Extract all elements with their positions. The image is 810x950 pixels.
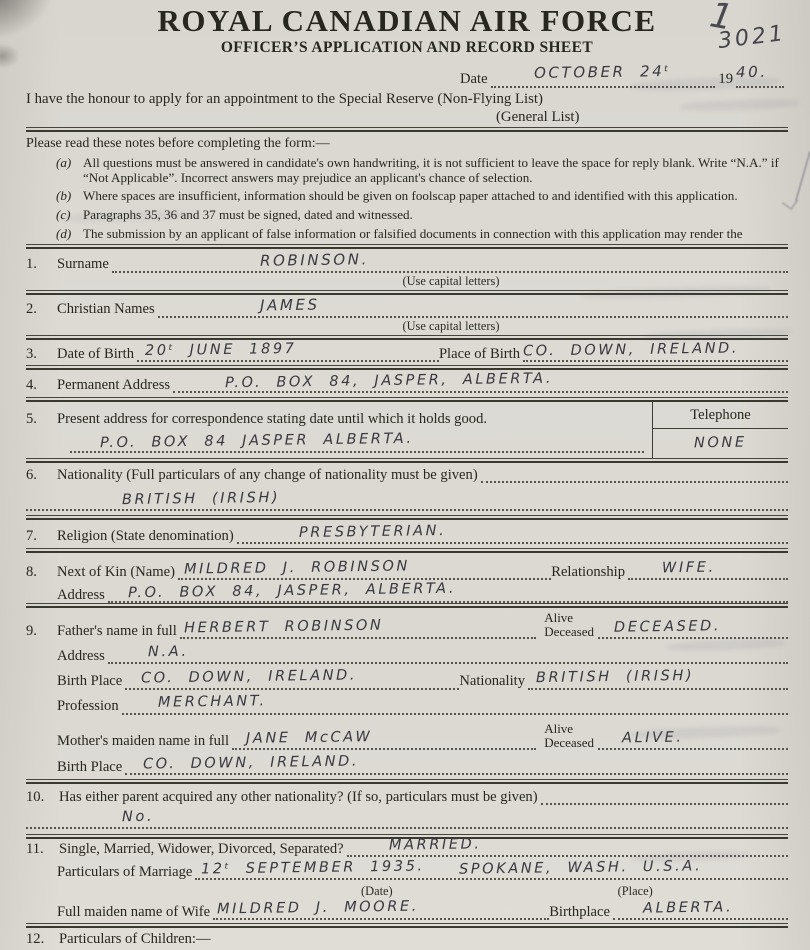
form-subtitle: OFFICER’S APPLICATION AND RECORD SHEET (26, 36, 788, 56)
field-number: 7. (26, 528, 57, 544)
field-nationality: 6. Nationality (Full particulars of any … (26, 463, 788, 515)
field-row: 10. Has either parent acquired any other… (26, 789, 788, 805)
handwritten-father-birthplace: CO. DOWN, IRELAND. (141, 668, 357, 687)
field-label: Father's name in full (57, 623, 180, 639)
dotted-line: N.A. (108, 646, 788, 664)
capital-letters-hint: (Use capital letters) (70, 273, 810, 290)
field-row: 1. Surname ROBINSON. (26, 254, 788, 273)
field-number: 10. (26, 789, 59, 805)
field-label: Birthplace (549, 904, 613, 920)
dotted-line: ALBERTA. (613, 902, 788, 920)
field-row: 12. Particulars of Children:— (26, 931, 788, 947)
note-text: All questions must be answered in candid… (83, 156, 788, 186)
field-row: 7. Religion (State denomination) PRESBYT… (26, 525, 788, 544)
field-label: Address (57, 648, 108, 664)
handwritten-father-nationality: BRITISH (IRISH) (536, 668, 694, 686)
field-row: Full maiden name of Wife MILDRED J. MOOR… (26, 902, 788, 920)
field-children: 12. Particulars of Children:— (26, 928, 788, 950)
date-row: Date OCTOBER 24ᵗ 19 40. (460, 70, 784, 88)
field-number: 3. (26, 346, 57, 362)
dotted-line: MILDRED J. MOORE. (213, 902, 549, 920)
field-label: Birth Place (57, 759, 125, 775)
handwritten-wife-birthplace: ALBERTA. (643, 899, 734, 916)
field-label: Present address for correspondence stati… (57, 411, 490, 427)
field-row: P.O. BOX 84 JASPER ALBERTA. (26, 435, 644, 453)
field-row: Birth Place CO. DOWN, IRELAND. (26, 757, 788, 775)
field-row: Mother's maiden name in full JANE McCAW … (26, 722, 788, 750)
note-item: (a) All questions must be answered in ca… (26, 156, 788, 186)
field-label: Relationship (551, 564, 628, 580)
scanned-form-page: ROYAL CANADIAN AIR FORCE OFFICER’S APPLI… (0, 0, 810, 950)
field-row: 11. Single, Married, Widower, Divorced, … (26, 839, 788, 857)
note-item: (b) Where spaces are insufficient, infor… (26, 189, 788, 204)
field-present-address: 5. Present address for correspondence st… (26, 402, 788, 458)
field-row: 5. Present address for correspondence st… (26, 411, 644, 427)
field-label: Date of Birth (57, 346, 137, 362)
handwritten-present-address: P.O. BOX 84 JASPER ALBERTA. (100, 431, 414, 452)
handwritten-mother-status: ALIVE. (622, 729, 684, 746)
dotted-line: BRITISH (IRISH) (528, 671, 788, 689)
field-birth: 3. Date of Birth 20ᵗ JUNE 1897 Place of … (26, 340, 788, 365)
note-text: The submission by an applicant of false … (83, 227, 788, 244)
date-hint: (Date) (361, 885, 393, 897)
note-text: Paragraphs 35, 36 and 37 must be signed,… (83, 208, 788, 223)
date-line: OCTOBER 24ᵗ (491, 70, 716, 88)
deceased-label: Deceased (544, 736, 594, 750)
field-number: 9. (26, 623, 57, 639)
note-text: Where spaces are insufficient, informati… (83, 189, 788, 204)
field-row: Address N.A. (26, 646, 788, 664)
dotted-line: WIFE. (628, 561, 788, 580)
field-number: 2. (26, 301, 57, 317)
notes-intro: Please read these notes before completin… (26, 132, 788, 152)
application-statement-line1: I have the honour to apply for an appoin… (26, 91, 579, 108)
handwritten-date-of-birth: 20ᵗ JUNE 1897 (145, 341, 297, 359)
dotted-line: P.O. BOX 84 JASPER ALBERTA. (70, 435, 644, 453)
field-number: 5. (26, 411, 57, 427)
note-key: (d) (56, 227, 83, 244)
handwritten-father-address: N.A. (148, 644, 189, 661)
field-label: Particulars of Marriage (57, 864, 195, 880)
handwritten-relationship: WIFE. (662, 559, 716, 576)
dotted-line: P.O. BOX 84, JASPER, ALBERTA. (173, 374, 788, 393)
dotted-line: CO. DOWN, IRELAND. (125, 757, 788, 775)
dotted-line: 20ᵗ JUNE 1897 (137, 343, 439, 362)
field-marital: 11. Single, Married, Widower, Divorced, … (26, 839, 788, 923)
handwritten-permanent-address: P.O. BOX 84, JASPER, ALBERTA. (225, 370, 553, 391)
dotted-line: MILDRED J. ROBINSON (178, 561, 551, 580)
handwritten-mother-name: JANE McCAW (246, 729, 373, 747)
handwritten-parent-nationality: No. (122, 809, 154, 826)
dotted-line: PRESBYTERIAN. (237, 525, 788, 544)
deceased-label: Deceased (544, 625, 594, 639)
alive-deceased-labels: Alive Deceased (536, 722, 598, 750)
dotted-line: ALIVE. (598, 732, 788, 750)
field-label: Next of Kin (Name) (57, 564, 178, 580)
handwritten-father-name: HERBERT ROBINSON (184, 617, 384, 636)
handwritten-telephone: NONE (694, 435, 747, 452)
handwritten-religion: PRESBYTERIAN. (299, 523, 446, 541)
field-label: Religion (State denomination) (57, 528, 237, 544)
field-row: Profession MERCHANT. (26, 696, 788, 714)
field-number: 1. (26, 256, 57, 272)
note-item: (d) The submission by an applicant of fa… (26, 227, 788, 244)
field-row: 9. Father's name in full HERBERT ROBINSO… (26, 611, 788, 639)
field-number: 8. (26, 564, 57, 580)
handwritten-marital-status: MARRIED. (389, 836, 482, 854)
telephone-divider (653, 428, 788, 429)
field-surname: 1. Surname ROBINSON. (Use capital letter… (26, 249, 788, 290)
field-label: Profession (57, 698, 122, 714)
field-row: 2. Christian Names JAMES (26, 299, 788, 318)
dotted-line: DECEASED. (598, 621, 788, 639)
handwritten-year: 40. (736, 63, 768, 81)
field-label: Has either parent acquired any other nat… (59, 789, 541, 805)
dotted-line: MERCHANT. (122, 696, 788, 714)
field-row: No. (26, 811, 788, 829)
field-label: Place of Birth (439, 346, 523, 362)
field-number: 4. (26, 377, 57, 393)
dotted-line: HERBERT ROBINSON (180, 621, 536, 639)
field-row: BRITISH (IRISH) (26, 493, 788, 511)
alive-deceased-labels: Alive Deceased (536, 611, 598, 639)
handwritten-kin-address: P.O. BOX 84, JASPER, ALBERTA. (128, 580, 456, 601)
year-line: 40. (736, 70, 784, 88)
handwritten-surname: ROBINSON. (260, 251, 369, 269)
dotted-line: ROBINSON. (112, 254, 788, 273)
field-number: 12. (26, 931, 59, 947)
handwritten-date: OCTOBER 24ᵗ (534, 62, 672, 82)
handwritten-father-profession: MERCHANT. (158, 694, 267, 712)
field-label: Christian Names (57, 301, 158, 317)
handwritten-marriage-date: 12ᵗ SEPTEMBER 1935. (201, 858, 425, 877)
marriage-hints-row: (Date) (Place) (26, 885, 788, 897)
field-row: 6. Nationality (Full particulars of any … (26, 467, 788, 483)
pencil-stroke (795, 151, 810, 202)
dotted-line (481, 468, 788, 483)
dotted-line: No. (26, 811, 788, 829)
note-key: (c) (56, 208, 83, 223)
application-statement-line2: (General List) (26, 109, 579, 126)
field-row: Particulars of Marriage 12ᵗ SEPTEMBER 19… (26, 862, 788, 880)
year-prefix: 19 (715, 71, 736, 88)
dotted-line: JAMES (158, 299, 788, 318)
handwritten-wife-maiden-name: MILDRED J. MOORE. (217, 898, 419, 917)
field-christian-names: 2. Christian Names JAMES (Use capital le… (26, 295, 788, 335)
form-header: ROYAL CANADIAN AIR FORCE OFFICER’S APPLI… (26, 0, 788, 127)
present-address-main: 5. Present address for correspondence st… (26, 402, 652, 458)
field-label: Nationality (Full particulars of any cha… (57, 467, 481, 483)
field-permanent-address: 4. Permanent Address P.O. BOX 84, JASPER… (26, 370, 788, 397)
telephone-label: Telephone (690, 402, 751, 424)
dotted-line: MARRIED. (347, 839, 788, 857)
field-parents: 9. Father's name in full HERBERT ROBINSO… (26, 608, 788, 779)
field-religion: 7. Religion (State denomination) PRESBYT… (26, 520, 788, 548)
field-label: Full maiden name of Wife (57, 904, 213, 920)
field-next-of-kin: 8. Next of Kin (Name) MILDRED J. ROBINSO… (26, 553, 788, 603)
dotted-line (541, 790, 788, 805)
dotted-line: CO. DOWN, IRELAND. (523, 343, 788, 362)
note-item: (c) Paragraphs 35, 36 and 37 must be sig… (26, 208, 788, 223)
date-label: Date (460, 71, 491, 88)
handwritten-place-of-birth: CO. DOWN, IRELAND. (523, 340, 739, 359)
field-label: Particulars of Children:— (59, 931, 214, 947)
alive-label: Alive (544, 611, 594, 625)
place-hint: (Place) (618, 885, 653, 897)
field-label: Surname (57, 256, 112, 272)
handwritten-kin-name: MILDRED J. ROBINSON (184, 558, 410, 577)
field-row: Address P.O. BOX 84, JASPER, ALBERTA. (26, 584, 788, 603)
dotted-line: JANE McCAW (232, 732, 536, 750)
dotted-line: 12ᵗ SEPTEMBER 1935. SPOKANE, WASH. U.S.A… (195, 862, 788, 880)
field-parent-nationality: 10. Has either parent acquired any other… (26, 784, 788, 834)
field-label: Address (57, 587, 108, 603)
field-number: 11. (26, 841, 59, 857)
handwritten-mother-birthplace: CO. DOWN, IRELAND. (143, 753, 359, 772)
capital-letters-hint: (Use capital letters) (70, 318, 810, 335)
field-label: Mother's maiden name in full (57, 733, 232, 749)
field-label: Single, Married, Widower, Divorced, Sepa… (59, 841, 347, 857)
dotted-line: BRITISH (IRISH) (26, 493, 788, 511)
handwritten-nationality: BRITISH (IRISH) (122, 490, 280, 508)
field-row: 8. Next of Kin (Name) MILDRED J. ROBINSO… (26, 561, 788, 580)
application-statement: I have the honour to apply for an appoin… (26, 91, 579, 126)
alive-label: Alive (544, 722, 594, 736)
handwritten-marriage-place: SPOKANE, WASH. U.S.A. (459, 858, 703, 878)
field-row: 3. Date of Birth 20ᵗ JUNE 1897 Place of … (26, 343, 788, 362)
handwritten-father-status: DECEASED. (614, 618, 721, 636)
note-key: (b) (56, 189, 83, 204)
field-row: Birth Place CO. DOWN, IRELAND. Nationali… (26, 671, 788, 689)
field-label: Nationality (459, 673, 528, 689)
field-number: 6. (26, 467, 57, 483)
field-label: Birth Place (57, 673, 125, 689)
notes-section: Please read these notes before completin… (26, 132, 788, 244)
telephone-box: Telephone NONE (652, 402, 788, 458)
dotted-line: P.O. BOX 84, JASPER, ALBERTA. (108, 584, 788, 603)
form-title: ROYAL CANADIAN AIR FORCE (26, 0, 788, 36)
handwritten-christian-names: JAMES (260, 296, 320, 314)
note-key: (a) (56, 156, 83, 186)
dotted-line: CO. DOWN, IRELAND. (125, 671, 459, 689)
field-row: 4. Permanent Address P.O. BOX 84, JASPER… (26, 374, 788, 393)
field-label: Permanent Address (57, 377, 173, 393)
